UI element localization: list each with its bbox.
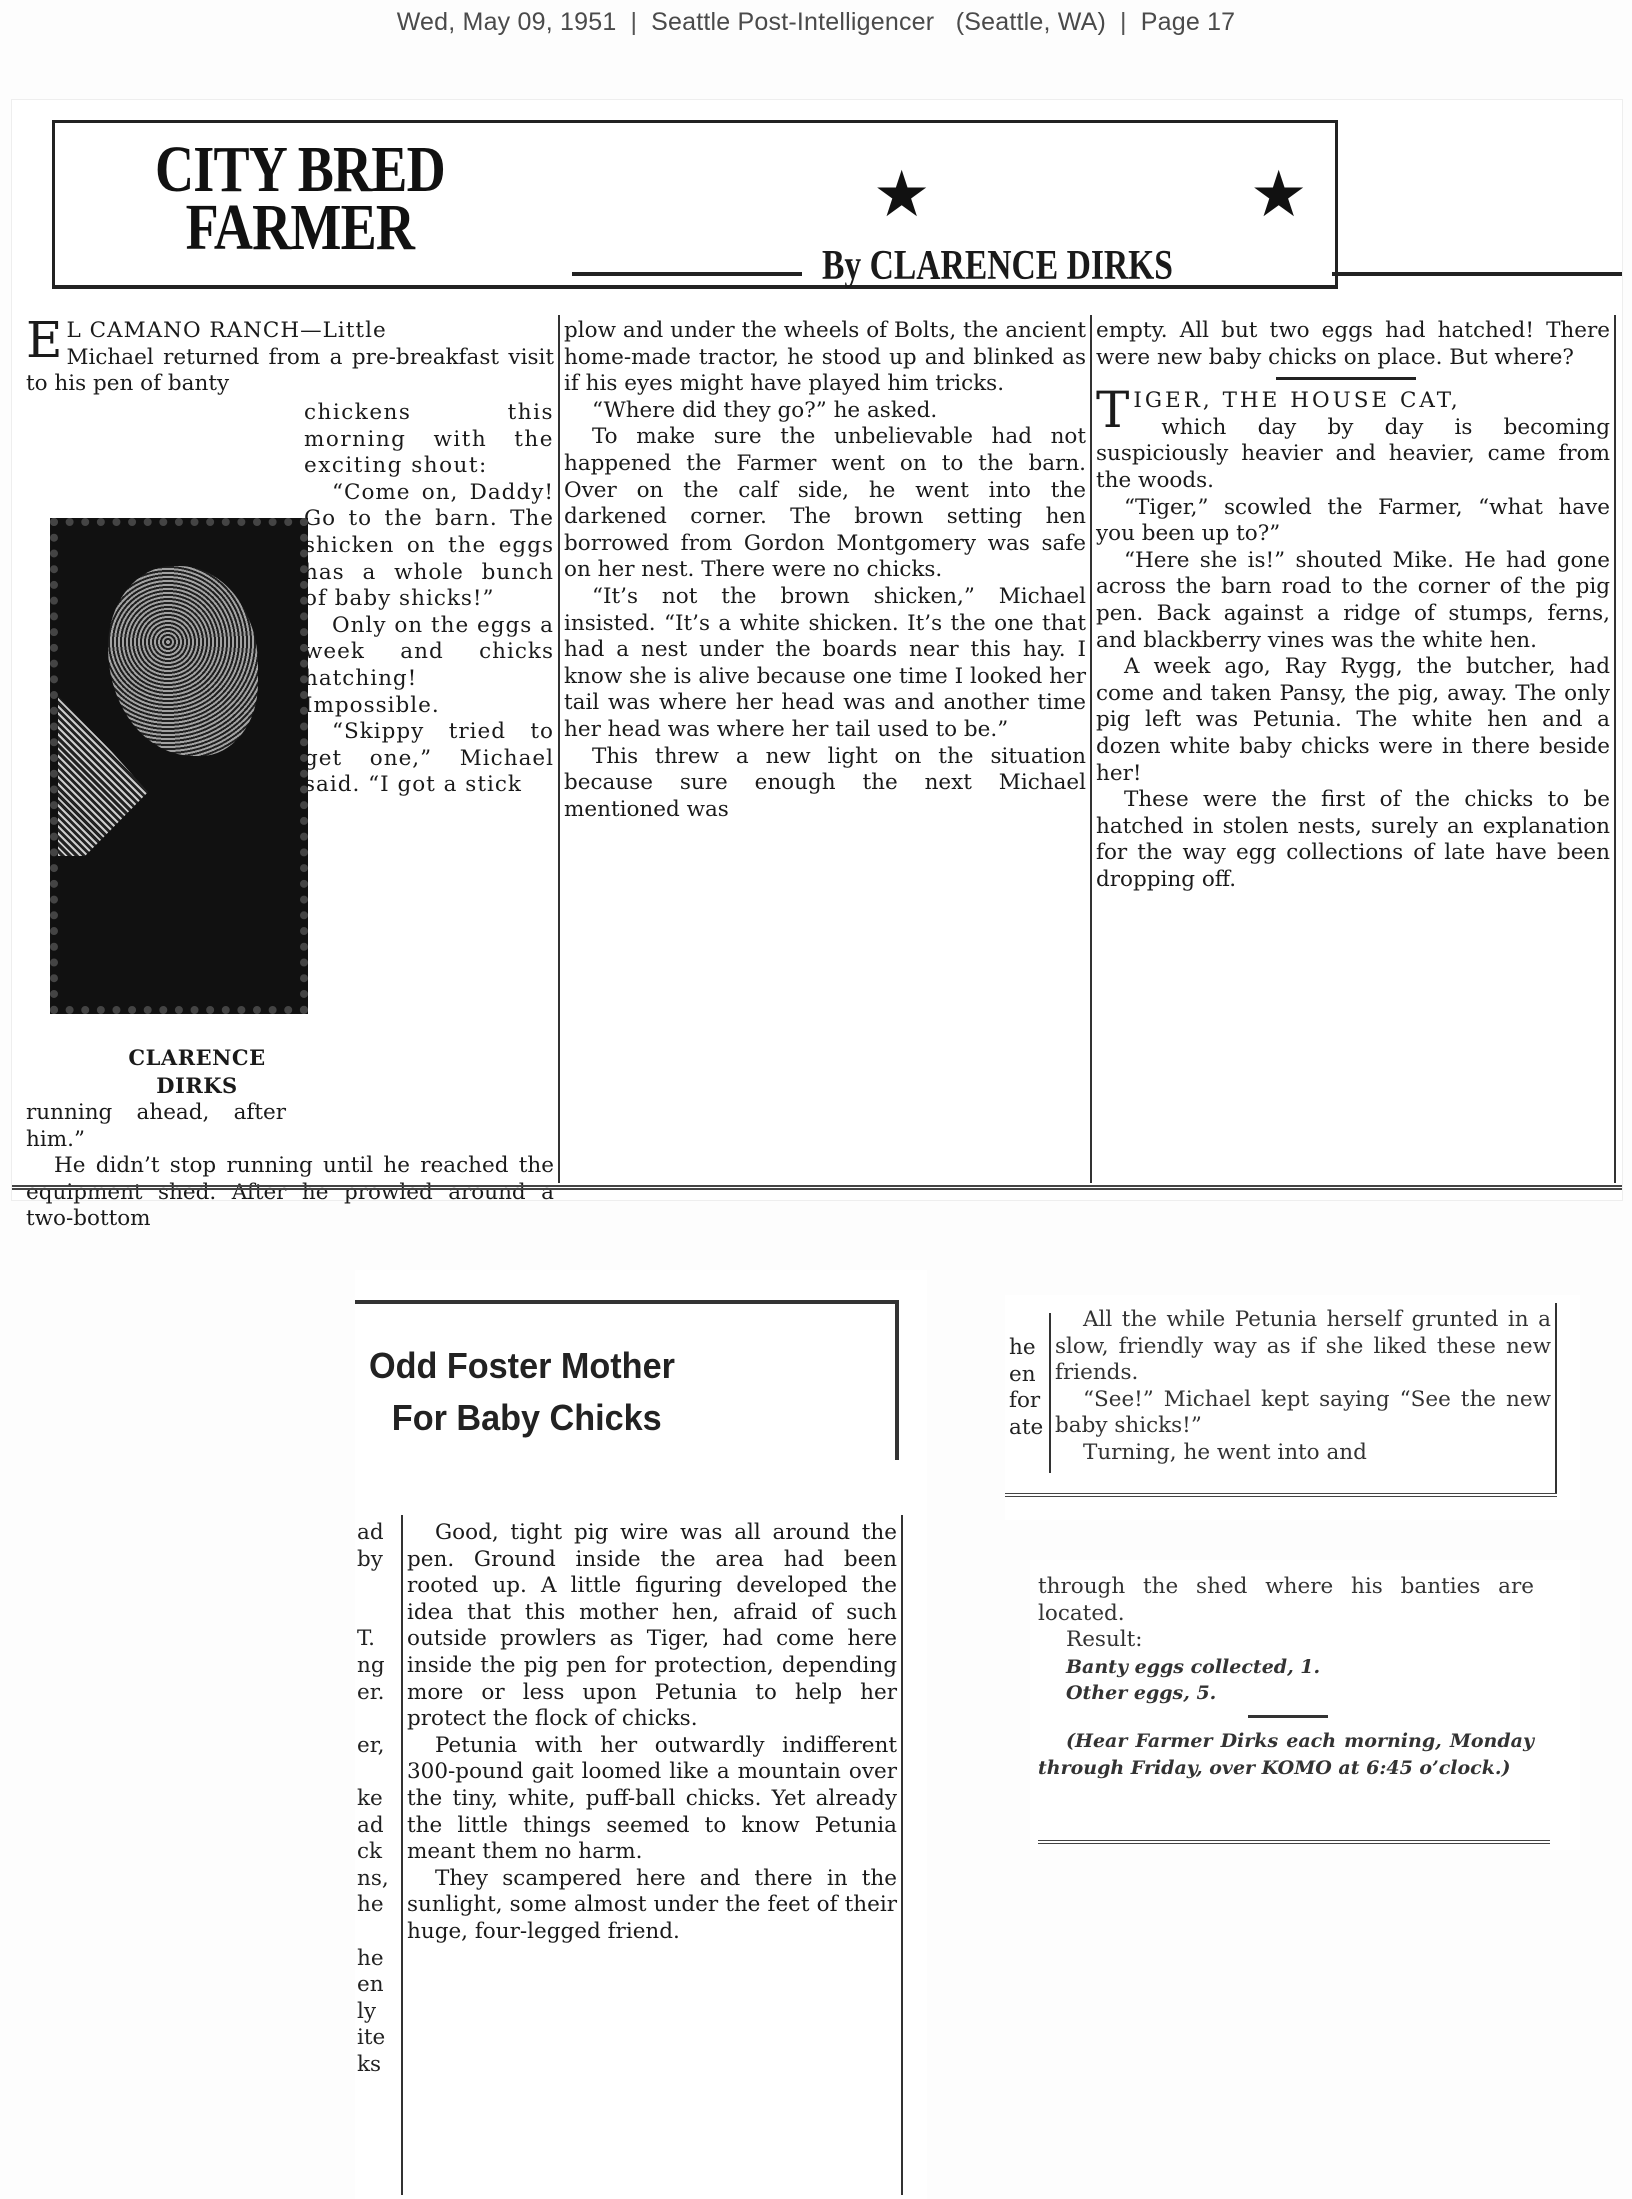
paragraph: This threw a new light on the situation … xyxy=(564,744,1086,824)
foster-mother-clipping: Odd Foster Mother For Baby Chicks ad by … xyxy=(355,1270,927,2199)
title-line-2: FARMER xyxy=(155,199,445,257)
paragraph: Good, tight pig wire was all around the … xyxy=(407,1520,897,1733)
star-icon: ★ xyxy=(1250,163,1307,227)
paragraph: plow and under the wheels of Bolts, the … xyxy=(564,318,1086,398)
article-column-2: plow and under the wheels of Bolts, the … xyxy=(564,318,1086,823)
result-label: Result: xyxy=(1038,1627,1534,1654)
page-number: Page 17 xyxy=(1141,8,1236,36)
column-divider xyxy=(1090,315,1092,1183)
petunia-clipping: he en for ate All the while Petunia hers… xyxy=(1005,1295,1580,1520)
dropcap: T xyxy=(1096,390,1129,430)
paragraph: “Here she is!” shouted Mike. He had gone… xyxy=(1096,548,1610,654)
fragment: ng xyxy=(357,1653,397,1680)
dropcap: E xyxy=(26,320,63,360)
paragraph: through the shed where his banties are l… xyxy=(1038,1574,1534,1627)
fragment: he xyxy=(357,1892,397,1919)
article-column-1-beside-photo: chickens this morning with the exciting … xyxy=(304,400,554,799)
result-text: through the shed where his banties are l… xyxy=(1038,1574,1534,1781)
column-divider xyxy=(401,1515,403,2195)
bottom-rule xyxy=(1038,1840,1550,1844)
paragraph: “See!” Michael kept saying “See the new … xyxy=(1055,1387,1551,1440)
fragment: ks xyxy=(357,2052,397,2079)
fragment: ite xyxy=(357,2025,397,2052)
result-line: Other eggs, 5. xyxy=(1038,1680,1534,1707)
radio-note: (Hear Farmer Dirks each morning, Monday … xyxy=(1038,1728,1534,1781)
fragment: er, xyxy=(357,1733,397,1760)
byline-rule-right xyxy=(1332,272,1622,276)
intro-paragraph: Michael returned from a pre-breakfast vi… xyxy=(26,345,554,398)
article-column-3: empty. All but two eggs had hatched! The… xyxy=(1096,318,1610,893)
bottom-rule xyxy=(1005,1493,1557,1497)
left-column-fragments: he en for ate xyxy=(1009,1335,1043,1441)
paragraph: All the while Petunia herself grunted in… xyxy=(1055,1307,1551,1387)
section-divider xyxy=(1248,1715,1328,1718)
fragment: for xyxy=(1009,1388,1043,1415)
paragraph: A week ago, Ray Rygg, the butcher, had c… xyxy=(1096,654,1610,787)
fragment: ly xyxy=(357,1999,397,2026)
star-icon: ★ xyxy=(873,163,930,227)
byline-rule-left xyxy=(572,272,802,276)
fragment: ns, xyxy=(357,1866,397,1893)
paragraph: “Tiger,” scowled the Farmer, “what have … xyxy=(1096,495,1610,548)
column-border xyxy=(1614,315,1616,1183)
paragraph: To make sure the unbelievable had not ha… xyxy=(564,424,1086,584)
column-border xyxy=(1555,1303,1557,1493)
fragment: ke xyxy=(357,1786,397,1813)
fragment: he xyxy=(1009,1335,1043,1362)
column-divider xyxy=(1049,1313,1051,1473)
fragment: he xyxy=(357,1946,397,1973)
left-column-fragments: ad by T. ng er. er, ke ad ck ns, he he e… xyxy=(357,1520,397,2078)
column-title: CITY BRED FARMER xyxy=(155,141,445,257)
paragraph: They scampered here and there in the sun… xyxy=(407,1866,897,1946)
author-photo xyxy=(50,518,308,1014)
result-line: Banty eggs collected, 1. xyxy=(1038,1654,1534,1681)
foster-mother-text: Good, tight pig wire was all around the … xyxy=(407,1520,897,1946)
main-article-clipping: CITY BRED FARMER ★ ★ By CLARENCE DIRKS E… xyxy=(12,100,1622,1200)
paragraph: which day by day is becoming suspiciousl… xyxy=(1096,415,1610,495)
petunia-text: All the while Petunia herself grunted in… xyxy=(1055,1307,1551,1467)
bottom-rule xyxy=(12,1185,1622,1190)
fragment: T. xyxy=(357,1626,397,1653)
column-divider xyxy=(558,315,560,1183)
photo-caption: CLARENCE DIRKS xyxy=(82,1044,312,1100)
fragment: en xyxy=(1009,1362,1043,1389)
fragment: en xyxy=(357,1972,397,1999)
fragment: ck xyxy=(357,1839,397,1866)
paragraph: running ahead, after him.” xyxy=(26,1100,286,1153)
fragment: ate xyxy=(1009,1415,1043,1442)
paragraph: Only on the eggs a week and chicks hatch… xyxy=(304,613,554,719)
paragraph: empty. All but two eggs had hatched! The… xyxy=(1096,318,1610,371)
fragment: ad xyxy=(357,1520,397,1547)
headline: Odd Foster Mother For Baby Chicks xyxy=(369,1340,675,1444)
fragment: by xyxy=(357,1547,397,1574)
caption-line-2: DIRKS xyxy=(82,1072,312,1100)
byline: By CLARENCE DIRKS xyxy=(822,242,1173,290)
headline-line-1: Odd Foster Mother xyxy=(369,1340,675,1392)
article-column-1-bottom: running ahead, after him.” He didn’t sto… xyxy=(26,1100,554,1233)
newspaper-name: Seattle Post-Intelligencer xyxy=(651,8,934,36)
paragraph: “Where did they go?” he asked. xyxy=(564,398,1086,425)
paragraph: “It’s not the brown shicken,” Michael in… xyxy=(564,584,1086,744)
location: (Seattle, WA) xyxy=(956,8,1106,36)
caption-line-1: CLARENCE xyxy=(82,1044,312,1072)
column-border xyxy=(901,1515,903,2195)
paragraph: chickens this morning with the exciting … xyxy=(304,400,554,480)
page-header: Wed, May 09, 1951|Seattle Post-Intellige… xyxy=(0,8,1632,37)
headline-line-2: For Baby Chicks xyxy=(369,1392,675,1444)
author-face-halftone xyxy=(108,566,258,756)
result-clipping: through the shed where his banties are l… xyxy=(1030,1560,1580,1850)
fragment: er. xyxy=(357,1680,397,1707)
paragraph: “Skippy tried to get one,” Michael said.… xyxy=(304,719,554,799)
dateline: L CAMANO RANCH—Little xyxy=(67,318,387,343)
paragraph: Turning, he went into and xyxy=(1055,1440,1551,1467)
paragraph: He didn’t stop running until he reached … xyxy=(26,1153,554,1233)
paragraph: These were the first of the chicks to be… xyxy=(1096,787,1610,893)
section-divider xyxy=(1276,377,1416,380)
date: Wed, May 09, 1951 xyxy=(397,8,617,36)
fragment: ad xyxy=(357,1813,397,1840)
paragraph: “Come on, Daddy! Go to the barn. The shi… xyxy=(304,480,554,613)
paragraph: Petunia with her outwardly indifferent 3… xyxy=(407,1733,897,1866)
subhead: IGER, THE HOUSE CAT, xyxy=(1133,388,1460,413)
article-column-1: EL CAMANO RANCH—Little Michael returned … xyxy=(26,318,554,398)
